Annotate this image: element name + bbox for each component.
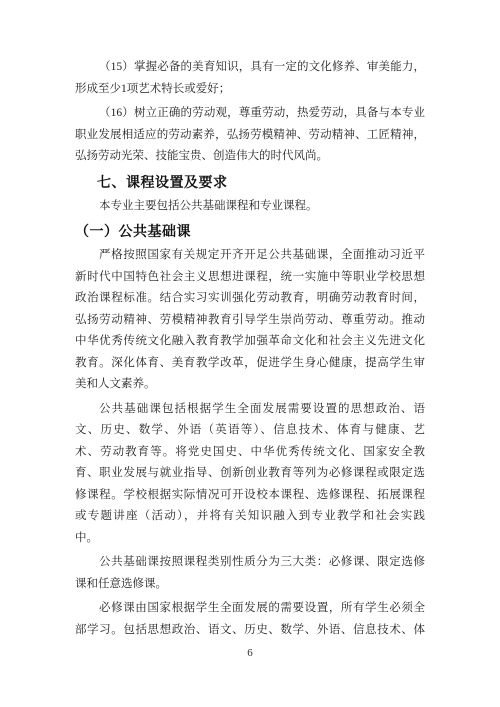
text-line: 必修课由国家根据学生全面发展的需要设置，所有学生必须全 — [75, 598, 425, 620]
text-line: 文、历史、数学、外语（英语等）、信息技术、体育与健康、艺 — [75, 420, 425, 442]
text-line: 弘扬劳动光荣、技能宝贵、创造伟大的时代风尚。 — [75, 146, 425, 168]
paragraph-item-15: （15）掌握必备的美育知识，具有一定的文化修养、审美能力，形成至少1项艺术特长或… — [75, 57, 425, 100]
text-line: 形成至少1项艺术特长或爱好； — [75, 79, 425, 101]
paragraph-basic-course-policy: 严格按照国家有关规定开齐开足公共基础课，全面推动习近平新时代中国特色社会主义思想… — [75, 245, 425, 396]
text-line: 术、劳动教育等。将党史国史、中华优秀传统文化、国家安全教 — [75, 442, 425, 464]
paragraph-course-categories: 公共基础课按照课程类别性质分为三大类：必修课、限定选修课和任意选修课。 — [75, 552, 425, 595]
heading-public-basic-courses: （一）公共基础课 — [75, 220, 425, 242]
text-line: 或专题讲座（活动），并将有关知识融入到专业教学和社会实践 — [75, 506, 425, 528]
text-line: 弘扬劳动精神、劳模精神教育引导学生崇尚劳动、尊重劳动。推动 — [75, 310, 425, 332]
text-line: 课和任意选修课。 — [75, 574, 425, 596]
text-line: （15）掌握必备的美育知识，具有一定的文化修养、审美能力， — [75, 57, 425, 79]
text-line: 部学习。包括思想政治、语文、历史、数学、外语、信息技术、体 — [75, 620, 425, 642]
page-number: 6 — [75, 646, 425, 661]
text-line: 新时代中国特色社会主义思想进课程，统一实施中等职业学校思想 — [75, 267, 425, 289]
text-line: 中华优秀传统文化融入教育教学加强革命文化和社会主义先进文化 — [75, 331, 425, 353]
document-content: （15）掌握必备的美育知识，具有一定的文化修养、审美能力，形成至少1项艺术特长或… — [75, 57, 425, 641]
text-line: 职业发展相适应的劳动素养，弘扬劳模精神、劳动精神、工匠精神， — [75, 125, 425, 147]
paragraph-course-overview: 本专业主要包括公共基础课程和专业课程。 — [75, 196, 425, 218]
paragraph-basic-course-subjects: 公共基础课包括根据学生全面发展需要设置的思想政治、语文、历史、数学、外语（英语等… — [75, 399, 425, 550]
text-line: （16）树立正确的劳动观，尊重劳动，热爱劳动，具备与本专业 — [75, 103, 425, 125]
heading-course-settings: 七、课程设置及要求 — [75, 171, 425, 193]
paragraph-required-courses: 必修课由国家根据学生全面发展的需要设置，所有学生必须全部学习。包括思想政治、语文… — [75, 598, 425, 641]
text-line: 育、职业发展与就业指导、创新创业教育等列为必修课程或限定选 — [75, 463, 425, 485]
document-page: （15）掌握必备的美育知识，具有一定的文化修养、审美能力，形成至少1项艺术特长或… — [0, 0, 500, 707]
paragraph-item-16: （16）树立正确的劳动观，尊重劳动，热爱劳动，具备与本专业职业发展相适应的劳动素… — [75, 103, 425, 168]
text-line: 美和人文素养。 — [75, 374, 425, 396]
text-line: 中。 — [75, 528, 425, 550]
text-line: 教育。深化体育、美育教学改革，促进学生身心健康，提高学生审 — [75, 353, 425, 375]
text-line: 修课程。学校根据实际情况可开设校本课程、选修课程、拓展课程 — [75, 485, 425, 507]
text-line: 公共基础课包括根据学生全面发展需要设置的思想政治、语 — [75, 399, 425, 421]
text-line: 严格按照国家有关规定开齐开足公共基础课，全面推动习近平 — [75, 245, 425, 267]
text-line: 公共基础课按照课程类别性质分为三大类：必修课、限定选修 — [75, 552, 425, 574]
text-line: 本专业主要包括公共基础课程和专业课程。 — [75, 196, 425, 218]
text-line: 政治课程标准。结合实习实训强化劳动教育，明确劳动教育时间， — [75, 288, 425, 310]
